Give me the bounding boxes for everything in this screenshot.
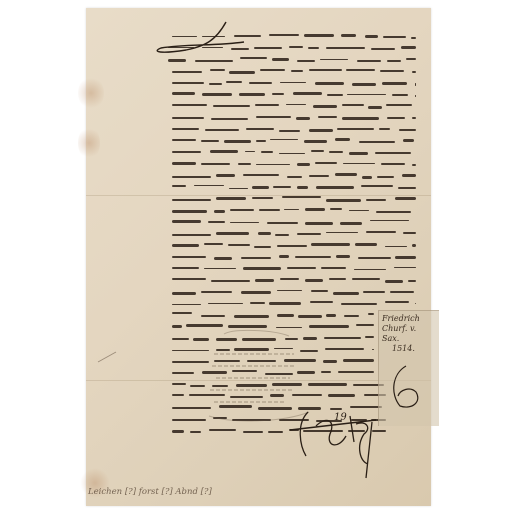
ink-word [252,197,274,199]
ink-word [403,232,416,234]
ink-word [343,359,374,362]
ink-word [311,290,328,292]
stain [78,76,104,110]
ink-word [280,278,298,281]
ink-word [172,430,184,433]
ink-word [387,117,405,119]
ink-word [229,71,255,74]
ink-word [304,34,334,36]
ink-word [375,152,412,154]
ink-word [318,116,336,118]
ink-word [321,371,332,373]
ink-word [254,246,271,248]
ink-word [305,279,322,282]
ink-word [172,338,189,340]
ink-word [415,83,416,85]
ink-word [342,104,364,106]
ink-word [210,69,225,71]
ink-word [195,60,233,63]
ink-word [280,82,306,84]
ink-word [321,267,346,269]
ink-word [291,70,303,72]
ink-word [241,291,271,294]
stain [78,126,100,160]
ink-word [309,69,343,71]
ink-word [282,196,320,198]
ink-word [270,139,299,141]
signature-numerals: 19 [334,412,347,423]
ink-word [368,106,382,109]
ink-word [172,71,202,73]
ink-word [323,360,337,363]
ink-word [279,255,290,257]
ink-word [172,128,199,130]
ink-word [272,58,288,61]
ink-word [387,60,401,63]
ink-word [172,312,192,314]
ink-word [172,304,201,306]
ink-word [311,243,350,246]
ink-word [385,280,403,282]
ink-word [172,176,211,179]
ink-word [352,278,381,280]
ink-word [172,151,201,153]
ink-word [230,209,254,211]
ink-word [311,150,323,152]
margin-mark [96,350,120,364]
ink-word [249,82,272,84]
ink-word [320,59,348,61]
ink-word [289,46,303,48]
ink-word [304,140,327,143]
ink-word [194,185,224,187]
ink-word [359,141,394,143]
ink-word [395,197,416,200]
ink-word [243,267,281,270]
ink-word [205,129,240,131]
ink-word [209,429,237,431]
ink-word [399,129,416,131]
ink-word [415,95,416,97]
ink-word [172,199,211,201]
ink-word [238,163,251,165]
ink-word [338,371,374,373]
ink-word [172,162,196,165]
ink-word [243,174,279,176]
initial-flourish [146,20,256,60]
ink-word [239,93,264,96]
ink-word [349,210,369,212]
ink-word [412,164,416,167]
ink-word [365,336,374,338]
ink-word [356,324,374,326]
ink-word [172,383,186,385]
ink-word [394,267,416,269]
manuscript-page: Friedrich Churf. v. Sax. 1514. 19 Leiche… [86,8,431,506]
ink-word [172,92,195,95]
ink-word [234,35,262,37]
ink-word [385,301,409,303]
ink-word [172,325,182,328]
ink-word [315,82,345,85]
ink-word [268,431,283,433]
ink-word [313,105,337,108]
ink-word [293,92,323,95]
ink-word [256,116,290,118]
ink-word [229,188,248,190]
ink-word [287,176,302,178]
ink-word [328,394,355,397]
ink-word [202,36,225,38]
ink-word [234,315,270,318]
ink-word [254,47,282,50]
ink-word [366,199,386,201]
ink-word [172,185,186,188]
ink-word [246,128,274,130]
ink-word [390,291,414,293]
ink-word [402,174,416,177]
ink-word [368,313,374,315]
ink-word [326,314,336,317]
ink-word [214,210,225,213]
ink-word [349,152,368,154]
ink-word [269,34,299,36]
ink-word [216,174,235,177]
ink-word [310,301,333,303]
ink-word [309,325,349,328]
ink-word [260,69,285,71]
ink-word [213,105,250,107]
ink-word [269,302,301,305]
ink-word [295,256,331,258]
ink-word [352,83,376,86]
ink-word [211,118,248,120]
ink-word [172,394,184,396]
ink-word [309,129,332,131]
ink-word [172,139,196,141]
ink-word [226,81,242,83]
ink-word [403,139,414,141]
ink-word [273,186,291,188]
ink-word [279,153,305,155]
ink-word [347,94,386,96]
ink-word [172,372,194,374]
ink-word [412,117,416,119]
ink-word [255,104,280,106]
ink-word [341,303,377,305]
archival-name: Friedrich [382,314,431,324]
ink-word [202,93,232,96]
ink-word [190,431,201,433]
ink-word [380,70,404,72]
ink-word [341,34,356,37]
ink-word [256,164,289,166]
ink-word [259,209,280,211]
ink-word [255,279,274,281]
ink-word [297,233,321,236]
ink-word [214,257,232,259]
ink-word [335,173,356,175]
ink-word [358,257,391,260]
ink-word [354,269,386,271]
ink-word [277,314,294,317]
ink-word [297,163,310,166]
ink-word [370,220,409,222]
ink-word [202,47,223,49]
fold-line [86,195,431,196]
ink-word [172,234,211,236]
ink-word [343,163,375,165]
ink-word [296,117,310,119]
ink-word [355,243,378,245]
ink-word [258,232,271,235]
ink-word [224,140,252,142]
ink-word [261,151,273,153]
ink-word [363,291,386,293]
ink-word [335,138,350,141]
ink-word [275,234,289,237]
ink-word [329,278,346,280]
ink-word [386,104,412,106]
archival-year: 1514. [382,344,431,354]
ink-word [381,163,404,165]
ink-word [379,128,391,130]
ink-word [172,104,207,106]
ink-word [365,35,379,38]
ink-word [344,315,360,317]
ink-word [382,82,407,85]
ink-word [415,303,416,305]
ink-word [392,94,408,96]
ink-word [241,257,271,259]
ink-word [362,176,372,178]
ink-word [284,209,298,211]
ink-word [211,280,250,282]
ink-word [172,256,206,258]
ink-word [329,151,342,153]
ink-word [324,337,361,339]
ink-word [357,60,381,62]
ink-word [172,278,206,280]
ink-word [208,303,243,305]
ink-word [297,186,308,189]
ink-word [315,162,337,164]
ink-word [411,37,416,39]
ink-word [204,243,223,245]
closing-flourish [386,364,426,412]
ink-word [277,245,307,247]
ink-word [412,244,416,247]
ink-word [398,187,416,189]
ink-word [325,348,364,350]
ink-word [333,292,358,295]
ink-word [361,185,392,187]
ink-word [309,175,329,177]
ink-word [204,268,235,270]
ink-word [208,221,225,223]
ink-word [245,151,255,153]
ink-word [228,244,250,246]
ink-word [326,232,358,234]
ink-word [372,349,374,351]
archival-note: Friedrich Churf. v. Sax. 1514. [382,314,431,354]
ink-word [201,140,218,142]
ink-word [327,94,343,96]
ink-word [168,59,186,62]
ink-word [172,82,204,84]
ink-word [346,69,375,71]
ink-word [305,208,325,211]
ink-word [401,46,416,49]
ink-word [305,222,332,225]
ink-word [216,197,246,200]
ink-word [172,220,201,223]
ink-word [336,255,350,257]
ink-word [240,57,267,59]
ink-word [267,222,298,224]
ink-word [337,128,374,130]
ink-word [342,117,380,120]
ink-word [172,292,196,295]
ink-word [326,47,365,49]
ink-word [297,60,315,62]
ink-word [277,290,303,292]
ink-word [340,222,362,225]
ink-word [412,71,416,73]
bottom-margin-note: Leichen [?] forst [?] Abnd [?] [88,487,212,497]
ink-word [385,246,408,248]
ink-word [326,199,361,202]
ink-word [330,208,342,210]
ink-word [216,232,250,234]
ink-word [406,58,416,61]
ink-word [201,291,232,293]
ink-word [286,104,306,106]
ink-word [287,267,316,269]
ink-word [279,130,300,133]
signature: 19 [286,406,406,486]
ink-word [243,431,263,433]
ink-word [201,163,229,165]
ink-word [308,47,319,50]
archival-title: Churf. v. Sax. [382,324,431,344]
ink-word [201,315,225,317]
ink-word [316,186,354,189]
ink-word [172,244,199,247]
ink-word [210,150,238,153]
ink-word [252,186,269,188]
ink-word [383,36,406,39]
ink-word [272,93,284,95]
ink-word [172,267,199,270]
ink-word [408,280,416,282]
ink-word [366,231,396,233]
ink-word [250,302,264,305]
ink-word [371,48,394,50]
ink-word [256,140,266,142]
ink-word [298,315,322,317]
ink-word [395,256,416,259]
ink-word [172,210,207,213]
ink-word [209,83,221,85]
ink-word [377,176,394,178]
ink-word [230,222,259,224]
ink-word [376,211,411,213]
ink-word [172,117,204,119]
